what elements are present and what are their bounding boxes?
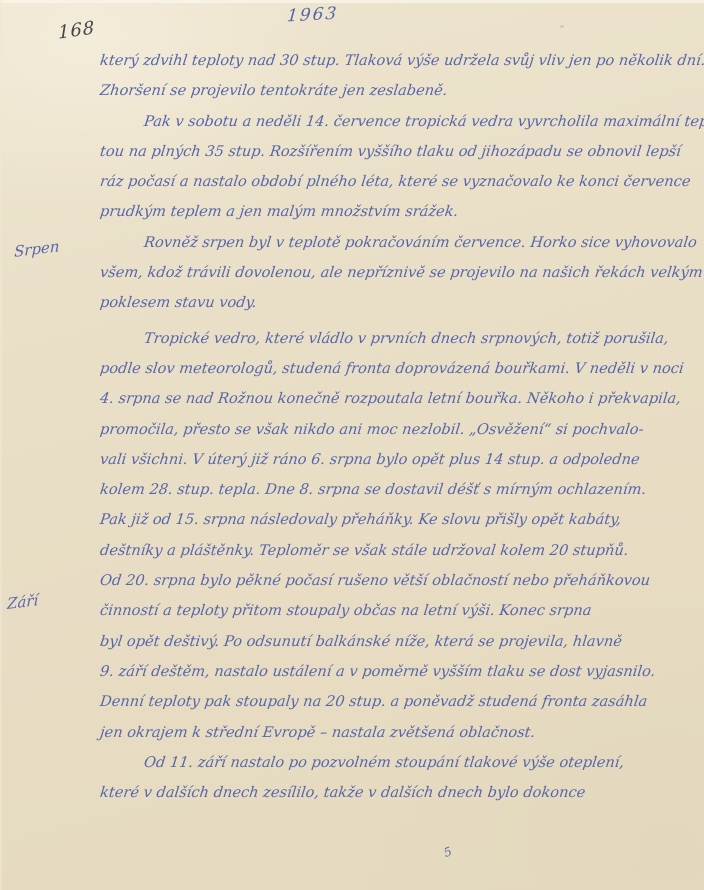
text-line: Rovněž srpen byl v teplotě pokračováním … bbox=[98, 228, 700, 258]
text-line: poklesem stavu vody. bbox=[98, 288, 700, 318]
sheet-number: 5 bbox=[442, 844, 454, 860]
text-line: kolem 28. stup. tepla. Dne 8. srpna se d… bbox=[98, 475, 700, 505]
handwritten-text-block: který zdvihl teploty nad 30 stup. Tlakov… bbox=[100, 46, 698, 808]
text-line: činností a teploty přitom stoupaly občas… bbox=[98, 596, 700, 626]
text-line: Pak v sobotu a neděli 14. července tropi… bbox=[98, 107, 700, 137]
text-line: podle slov meteorologů, studená fronta d… bbox=[98, 354, 700, 384]
text-line: prudkým teplem a jen malým množstvím srá… bbox=[98, 197, 700, 227]
margin-note-srpen: Srpen bbox=[14, 237, 60, 261]
text-line: vali všichni. V úterý již ráno 6. srpna … bbox=[98, 445, 700, 475]
text-line: všem, kdož trávili dovolenou, ale nepříz… bbox=[98, 258, 700, 288]
text-line: Tropické vedro, které vládlo v prvních d… bbox=[98, 324, 700, 354]
margin-note-zari: Září bbox=[7, 591, 38, 613]
text-line: tou na plných 35 stup. Rozšířením vyššíh… bbox=[98, 137, 700, 167]
text-line: ráz počasí a nastalo období plného léta,… bbox=[98, 167, 700, 197]
text-line: jen okrajem k střední Evropě – nastala z… bbox=[98, 718, 700, 748]
paper-edge-top bbox=[0, 0, 704, 3]
text-line: deštníky a pláštěnky. Teploměr se však s… bbox=[98, 536, 700, 566]
manuscript-page: 1963 168 Srpen Září který zdvihl teploty… bbox=[0, 0, 704, 890]
text-line: Pak již od 15. srpna následovaly přeháňk… bbox=[98, 505, 700, 535]
page-number: 168 bbox=[58, 17, 96, 43]
text-line: které v dalších dnech zesílilo, takže v … bbox=[98, 778, 700, 808]
paper-blemish bbox=[560, 25, 564, 28]
paper-edge-left bbox=[0, 0, 2, 890]
text-line: byl opět deštivý. Po odsunutí balkánské … bbox=[98, 627, 700, 657]
text-line: 9. září deštěm, nastalo ustálení a v pom… bbox=[98, 657, 700, 687]
text-line: promočila, přesto se však nikdo ani moc … bbox=[98, 415, 700, 445]
text-line: který zdvihl teploty nad 30 stup. Tlakov… bbox=[98, 46, 700, 76]
text-line: Denní teploty pak stoupaly na 20 stup. a… bbox=[98, 687, 700, 717]
text-line: Od 11. září nastalo po pozvolném stoupán… bbox=[98, 748, 700, 778]
text-line: Zhoršení se projevilo tentokráte jen zes… bbox=[98, 76, 700, 106]
year-heading: 1963 bbox=[286, 4, 339, 27]
text-line: Od 20. srpna bylo pěkné počasí rušeno vě… bbox=[98, 566, 700, 596]
text-line: 4. srpna se nad Rožnou konečně rozpoutal… bbox=[98, 384, 700, 414]
